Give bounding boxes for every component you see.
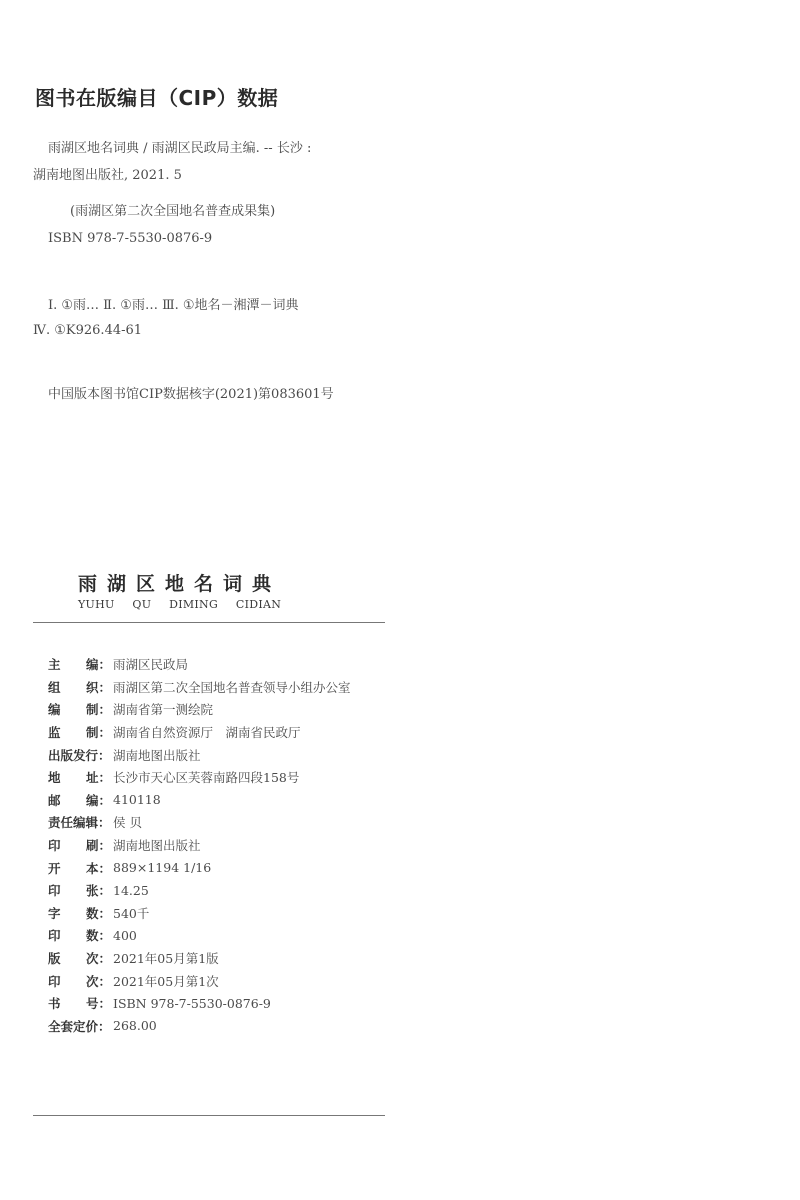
colophon-key-part: 邮 — [48, 791, 61, 809]
colophon-key-part: 数： — [86, 926, 111, 944]
colophon-row: 书号：ISBN 978-7-5530-0876-9 — [48, 992, 351, 1015]
colophon-row: 组织：雨湖区第二次全国地名普查领导小组办公室 — [48, 676, 351, 699]
colophon-key: 监制： — [48, 723, 113, 741]
colophon-value: 540千 — [113, 904, 149, 922]
colophon-key: 版次： — [48, 949, 113, 967]
colophon-row: 印张：14.25 — [48, 879, 351, 902]
colophon-key-part: 出版发行： — [48, 746, 111, 764]
colophon-key: 印刷： — [48, 836, 113, 854]
cip-heading: 图书在版编目（CIP）数据 — [35, 82, 278, 111]
colophon-row: 印刷：湖南地图出版社 — [48, 834, 351, 857]
top-divider — [33, 622, 385, 623]
colophon-key-part: 开 — [48, 859, 61, 877]
colophon-key-part: 印 — [48, 836, 61, 854]
colophon-value: ISBN 978-7-5530-0876-9 — [113, 996, 271, 1011]
colophon-value: 889×1194 1/16 — [113, 860, 211, 875]
cip-line-record-number: 中国版本图书馆CIP数据核字(2021)第083601号 — [48, 383, 334, 402]
colophon-key: 印张： — [48, 881, 113, 899]
colophon-row: 邮编：410118 — [48, 789, 351, 812]
colophon-key: 书号： — [48, 994, 113, 1012]
colophon-key-part: 组 — [48, 678, 61, 696]
colophon-row: 印次：2021年05月第1次 — [48, 969, 351, 992]
bottom-divider — [33, 1115, 385, 1116]
colophon-row: 出版发行：湖南地图出版社 — [48, 743, 351, 766]
colophon-row: 地址：长沙市天心区芙蓉南路四段158号 — [48, 766, 351, 789]
colophon-value: 湖南省自然资源厅 湖南省民政厅 — [113, 723, 301, 741]
colophon-value: 2021年05月第1次 — [113, 972, 219, 990]
cip-line-subject: Ⅰ. ①雨… Ⅱ. ①雨… Ⅲ. ①地名－湘潭－词典 — [48, 294, 299, 313]
book-pinyin: YUHU QU DIMING CIDIAN — [78, 598, 281, 611]
cip-line-series: (雨湖区第二次全国地名普查成果集) — [70, 200, 275, 219]
colophon-value: 侯 贝 — [113, 813, 142, 831]
colophon-key: 主编： — [48, 655, 113, 673]
colophon-value: 湖南地图出版社 — [113, 836, 201, 854]
colophon-key-part: 编 — [48, 700, 61, 718]
colophon-key: 字数： — [48, 904, 113, 922]
colophon-key-part: 址： — [86, 768, 111, 786]
colophon-key-part: 监 — [48, 723, 61, 741]
colophon-value: 雨湖区第二次全国地名普查领导小组办公室 — [113, 678, 351, 696]
colophon-value: 400 — [113, 928, 137, 943]
colophon-key-part: 次： — [86, 972, 111, 990]
colophon-value: 2021年05月第1版 — [113, 949, 219, 967]
colophon: 主编：雨湖区民政局组织：雨湖区第二次全国地名普查领导小组办公室编制：湖南省第一测… — [48, 653, 351, 1037]
colophon-key-part: 数： — [86, 904, 111, 922]
colophon-key-part: 号： — [86, 994, 111, 1012]
colophon-key: 出版发行： — [48, 746, 113, 764]
colophon-row: 开本：889×1194 1/16 — [48, 856, 351, 879]
colophon-key: 地址： — [48, 768, 113, 786]
colophon-key-part: 本： — [86, 859, 111, 877]
colophon-key: 邮编： — [48, 791, 113, 809]
colophon-key-part: 版 — [48, 949, 61, 967]
colophon-key-part: 全套定价： — [48, 1017, 111, 1035]
colophon-key-part: 字 — [48, 904, 61, 922]
colophon-key-part: 印 — [48, 972, 61, 990]
colophon-key: 开本： — [48, 859, 113, 877]
book-title: 雨湖区地名词典 — [78, 569, 281, 596]
cip-line-title-author: 雨湖区地名词典 / 雨湖区民政局主编. -- 长沙 : — [48, 137, 311, 156]
colophon-key-part: 印 — [48, 926, 61, 944]
cip-line-publisher: 湖南地图出版社, 2021. 5 — [33, 164, 182, 183]
colophon-key: 全套定价： — [48, 1017, 113, 1035]
colophon-key-part: 制： — [86, 700, 111, 718]
colophon-key-part: 书 — [48, 994, 61, 1012]
colophon-key-part: 主 — [48, 655, 61, 673]
colophon-key: 印数： — [48, 926, 113, 944]
colophon-key: 印次： — [48, 972, 113, 990]
colophon-key-part: 织： — [86, 678, 111, 696]
colophon-row: 全套定价：268.00 — [48, 1015, 351, 1038]
colophon-key-part: 刷： — [86, 836, 111, 854]
colophon-value: 湖南地图出版社 — [113, 746, 201, 764]
colophon-row: 编制：湖南省第一测绘院 — [48, 698, 351, 721]
colophon-value: 湖南省第一测绘院 — [113, 700, 213, 718]
colophon-row: 责任编辑：侯 贝 — [48, 811, 351, 834]
colophon-key-part: 编： — [86, 655, 111, 673]
colophon-key: 责任编辑： — [48, 813, 113, 831]
colophon-value: 410118 — [113, 792, 161, 807]
colophon-value: 雨湖区民政局 — [113, 655, 188, 673]
colophon-key: 组织： — [48, 678, 113, 696]
colophon-value: 长沙市天心区芙蓉南路四段158号 — [113, 768, 299, 786]
colophon-key-part: 张： — [86, 881, 111, 899]
colophon-row: 主编：雨湖区民政局 — [48, 653, 351, 676]
cip-line-classification: Ⅳ. ①K926.44-61 — [33, 323, 142, 338]
colophon-key: 编制： — [48, 700, 113, 718]
colophon-value: 14.25 — [113, 883, 149, 898]
cip-line-isbn: ISBN 978-7-5530-0876-9 — [48, 231, 212, 246]
colophon-row: 监制：湖南省自然资源厅 湖南省民政厅 — [48, 721, 351, 744]
colophon-row: 字数：540千 — [48, 902, 351, 925]
colophon-row: 印数：400 — [48, 924, 351, 947]
colophon-row: 版次：2021年05月第1版 — [48, 947, 351, 970]
colophon-key-part: 地 — [48, 768, 61, 786]
colophon-key-part: 印 — [48, 881, 61, 899]
colophon-key-part: 制： — [86, 723, 111, 741]
colophon-key-part: 责任编辑： — [48, 813, 111, 831]
colophon-value: 268.00 — [113, 1018, 157, 1033]
colophon-key-part: 编： — [86, 791, 111, 809]
colophon-key-part: 次： — [86, 949, 111, 967]
